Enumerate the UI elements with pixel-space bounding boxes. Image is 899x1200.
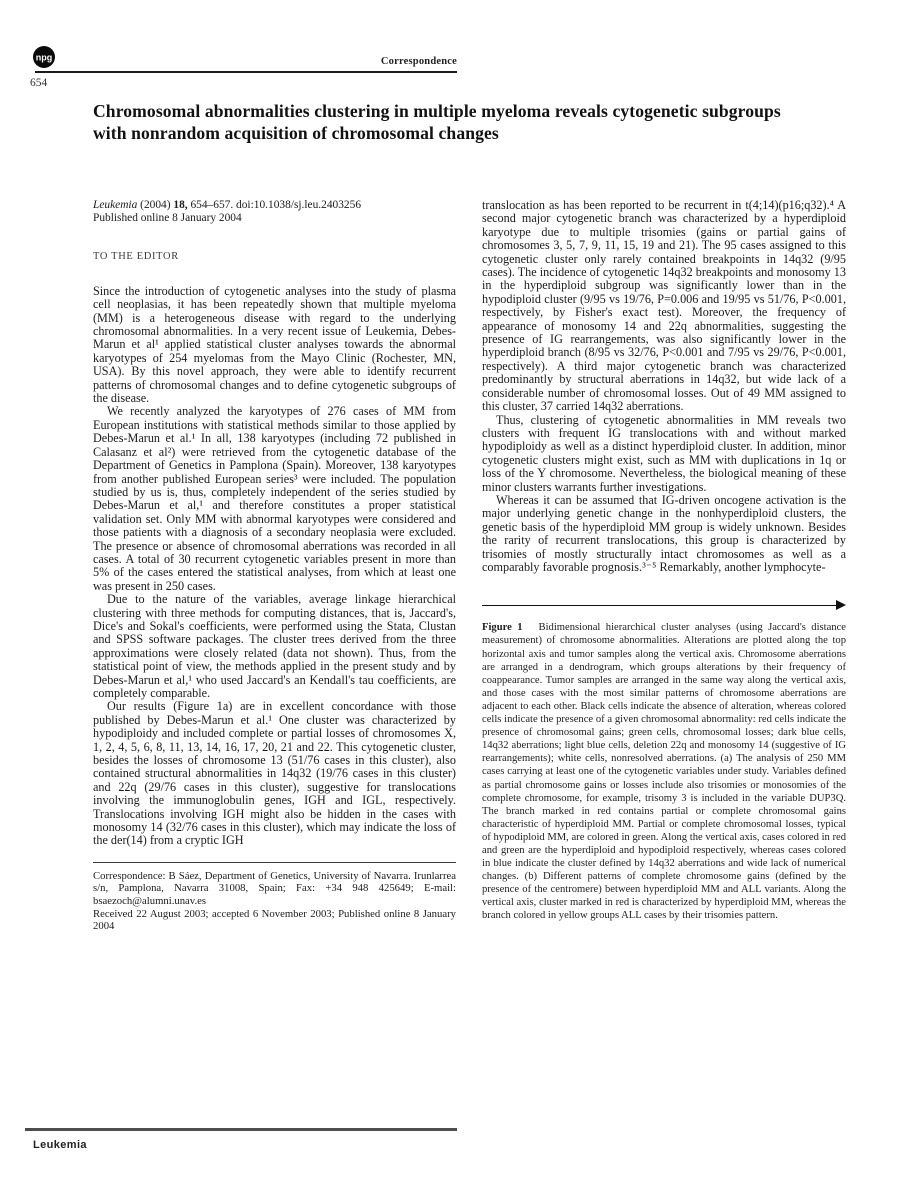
body-paragraph: Since the introduction of cytogenetic an… bbox=[93, 285, 456, 406]
body-paragraph: We recently analyzed the karyotypes of 2… bbox=[93, 405, 456, 593]
citation-volume: 18, bbox=[173, 199, 187, 211]
body-paragraph: Thus, clustering of cytogenetic abnormal… bbox=[482, 414, 846, 494]
body-paragraph: Whereas it can be assumed that IG-driven… bbox=[482, 494, 846, 574]
page-number: 654 bbox=[30, 77, 47, 89]
citation-line: Leukemia (2004) 18, 654–657. doi:10.1038… bbox=[93, 199, 456, 225]
figure-continuation-rule bbox=[482, 600, 846, 610]
journal-name-footer: Leukemia bbox=[33, 1139, 87, 1151]
left-column: Leukemia (2004) 18, 654–657. doi:10.1038… bbox=[93, 199, 456, 933]
published-online: Published online 8 January 2004 bbox=[93, 212, 456, 225]
body-paragraph: Due to the nature of the variables, aver… bbox=[93, 593, 456, 700]
figure-caption-text: Bidimensional hierarchical cluster analy… bbox=[482, 622, 846, 921]
citation-middle: (2004) bbox=[137, 199, 173, 211]
footnote-correspondence: Correspondence: B Sáez, Department of Ge… bbox=[93, 870, 456, 908]
header-rule bbox=[35, 71, 457, 73]
correspondence-footnote: Correspondence: B Sáez, Department of Ge… bbox=[93, 870, 456, 933]
section-heading: TO THE EDITOR bbox=[93, 250, 456, 263]
rule-line bbox=[482, 605, 836, 606]
figure-caption: Figure 1Bidimensional hierarchical clust… bbox=[482, 621, 846, 922]
figure-label: Figure 1 bbox=[482, 622, 523, 633]
body-paragraph: Our results (Figure 1a) are in excellent… bbox=[93, 700, 456, 847]
footnote-received: Received 22 August 2003; accepted 6 Nove… bbox=[93, 908, 456, 933]
journal-page: npg Correspondence 654 Chromosomal abnor… bbox=[0, 0, 899, 1200]
right-arrow-icon bbox=[836, 600, 846, 610]
article-body: Leukemia (2004) 18, 654–657. doi:10.1038… bbox=[93, 199, 846, 933]
citation-journal: Leukemia bbox=[93, 199, 137, 211]
footnote-rule bbox=[93, 862, 456, 863]
citation-rest: 654–657. doi:10.1038/sj.leu.2403256 bbox=[188, 199, 361, 211]
right-column: translocation as has been reported to be… bbox=[482, 199, 846, 933]
article-title: Chromosomal abnormalities clustering in … bbox=[93, 101, 793, 144]
footer-rule bbox=[25, 1128, 457, 1131]
body-paragraph: translocation as has been reported to be… bbox=[482, 199, 846, 414]
running-head: Correspondence bbox=[35, 56, 457, 67]
